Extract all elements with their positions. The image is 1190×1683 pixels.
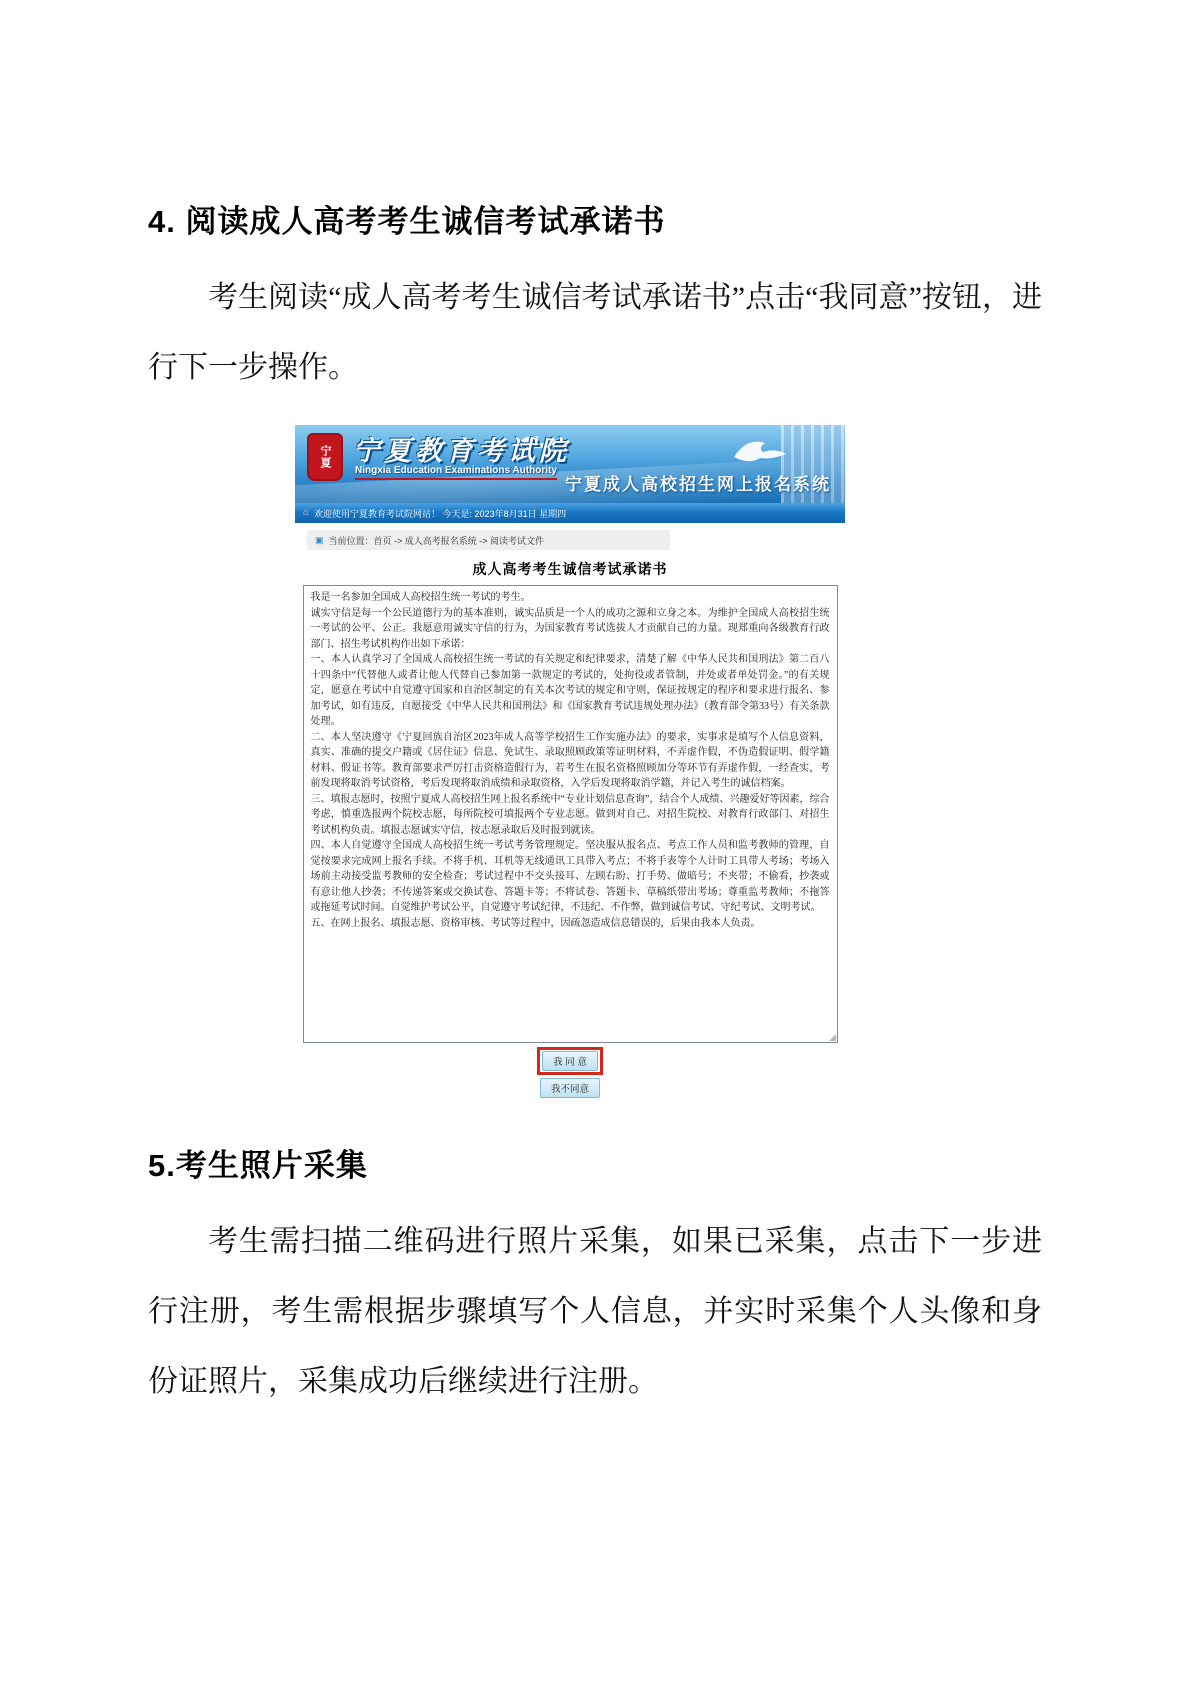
letter-paragraph: 二、本人坚决遵守《宁夏回族自治区2023年成人高等学校招生工作实施办法》的要求，… [311,730,830,792]
breadcrumb-text: 当前位置：首页 -> 成人高考报名系统 -> 阅读考试文件 [329,534,545,547]
letter-paragraph: 四、本人自觉遵守全国成人高校招生统一考试考务管理规定。坚决服从报名点、考点工作人… [311,838,830,916]
welcome-text: 欢迎使用宁夏教育考试院网站！ 今天是: 2023年8月31日 星期四 [314,507,566,520]
letter-paragraph: 我是一名参加全国成人高校招生统一考试的考生。 [311,590,830,606]
textarea-resize-handle[interactable] [829,1034,836,1041]
section5-heading: 5.考生照片采集 [148,1140,1042,1185]
button-area: 我 同 意 我不同意 [295,1047,845,1098]
commitment-letter-textarea[interactable]: 我是一名参加全国成人高校招生统一考试的考生。 诚实守信是每一个公民道德行为的基本… [303,585,838,1043]
site-name-english: Ningxia Education Examinations Authority [355,465,557,480]
document-page: 4. 阅读成人高考考生诚信考试承诺书 考生阅读“成人高考考生诚信考试承诺书”点击… [0,0,1190,1683]
system-name: 宁夏成人高校招生网上报名系统 [565,470,831,495]
section5-paragraph: 考生需扫描二维码进行照片采集，如果已采集，点击下一步进行注册，考生需根据步骤填写… [148,1207,1042,1417]
disagree-button[interactable]: 我不同意 [540,1078,600,1098]
section4-paragraph: 考生阅读“成人高考考生诚信考试承诺书”点击“我同意”按钮，进行下一步操作。 [148,263,1042,403]
commitment-letter-title: 成人高考考生诚信考试承诺书 [295,559,845,579]
letter-paragraph: 三、填报志愿时，按照宁夏成人高校招生网上报名系统中“专业计划信息查询”，结合个人… [311,792,830,839]
home-icon: ⌂ [303,508,309,518]
letter-paragraph: 一、本人认真学习了全国成人高校招生统一考试的有关规定和纪律要求，清楚了解《中华人… [311,652,830,730]
annotation-highlight-box: 我 同 意 [537,1047,603,1075]
ningxia-seal-logo: 宁夏 [307,433,343,481]
welcome-status-bar: ⌂ 欢迎使用宁夏教育考试院网站！ 今天是: 2023年8月31日 星期四 [295,503,845,523]
location-icon: ▣ [315,536,324,545]
agree-button[interactable]: 我 同 意 [542,1051,598,1071]
letter-paragraph: 诚实守信是每一个公民道德行为的基本准则，诚实品质是一个人的成功之源和立身之本。为… [311,606,830,653]
dove-icon [731,435,787,469]
site-banner: 宁夏 宁夏教育考试院 Ningxia Education Examination… [295,425,845,503]
site-name-chinese: 宁夏教育考试院 [353,429,570,468]
letter-paragraph: 五、在网上报名、填报志愿、资格审核、考试等过程中，因疏忽造成信息错误的，后果由我… [311,916,830,932]
breadcrumb-row: ▣ 当前位置：首页 -> 成人高考报名系统 -> 阅读考试文件 [295,530,845,550]
section4-heading: 4. 阅读成人高考考生诚信考试承诺书 [148,0,1042,241]
breadcrumb[interactable]: ▣ 当前位置：首页 -> 成人高考报名系统 -> 阅读考试文件 [307,530,670,550]
registration-system-screenshot: 宁夏 宁夏教育考试院 Ningxia Education Examination… [295,425,845,1098]
